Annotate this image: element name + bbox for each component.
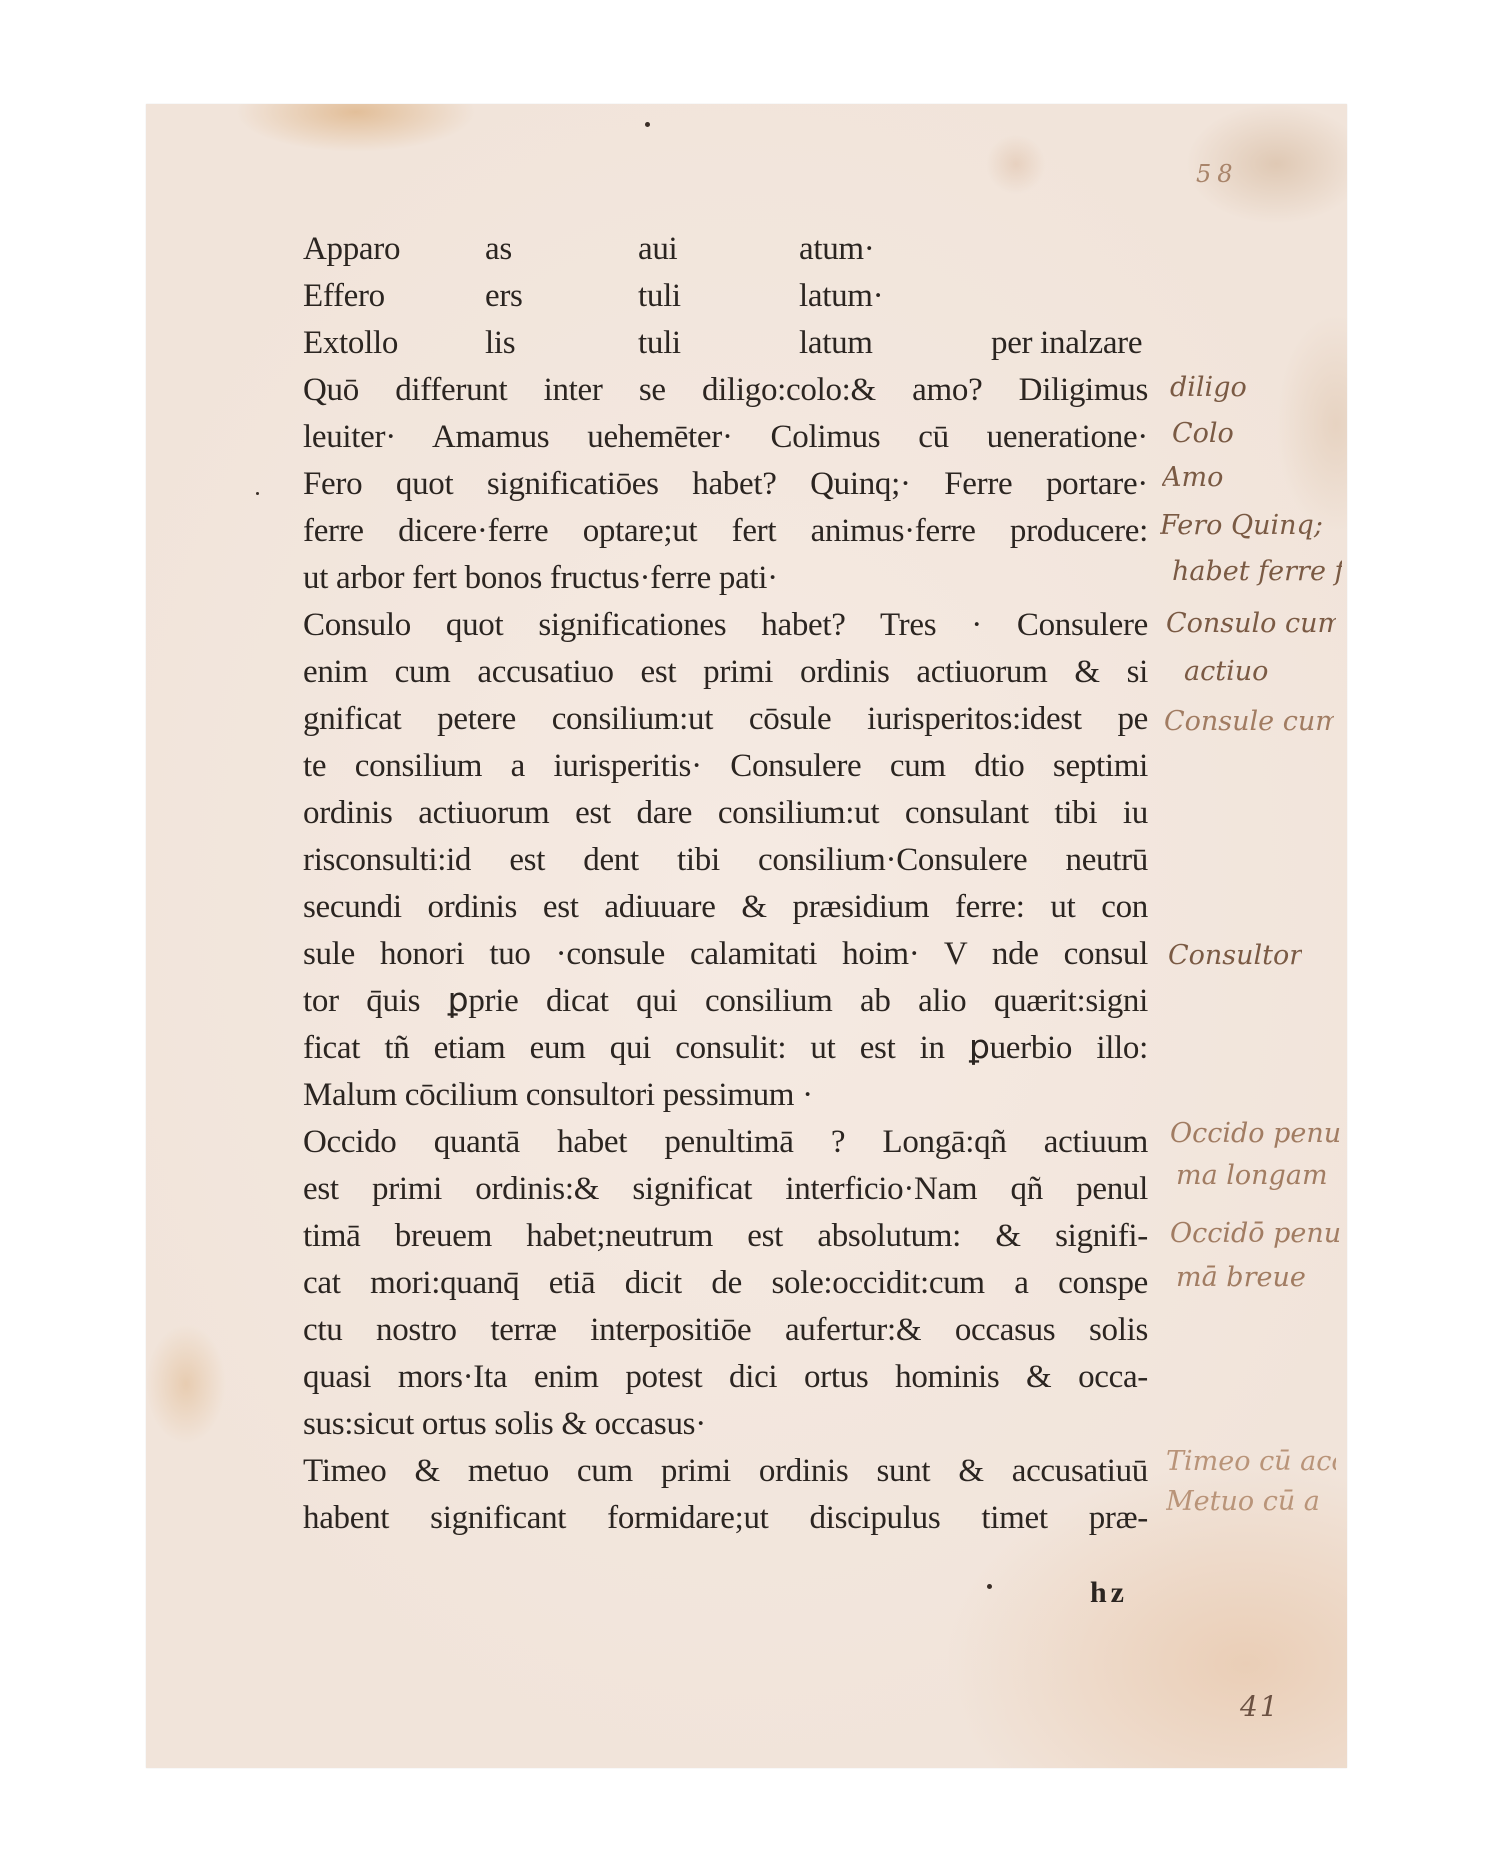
text-line: gnificat petere consilium:ut cōsule iuri… (303, 696, 1148, 743)
form-2: ers (485, 273, 523, 320)
text-line: enim cum accusatiuo est primi ordinis ac… (303, 649, 1148, 696)
marginal-note: habet ferre fi (1172, 556, 1342, 587)
lemma: Apparo (303, 226, 400, 273)
text-line: Fero quot significatiōes habet? Quinq;· … (303, 461, 1148, 508)
form-2: as (485, 226, 512, 273)
marginal-note: Occido penul (1170, 1118, 1340, 1149)
text-line: ordinis actiuorum est dare consilium:ut … (303, 790, 1148, 837)
conjugation-row: Apparo as aui atum· (303, 226, 1148, 273)
conjugation-row: Extollo lis tuli latum per inalzare (303, 320, 1148, 367)
text-line: ut arbor fert bonos fructus·ferre pati· (303, 555, 778, 602)
conjugation-row: Effero ers tuli latum· (303, 273, 1148, 320)
signature-mark: hz (1090, 1576, 1128, 1610)
text-line: quasi mors·Ita enim potest dici ortus ho… (303, 1354, 1148, 1401)
text-line: secundi ordinis est adiuuare & præsidium… (303, 884, 1148, 931)
marginal-note: Amo (1162, 462, 1223, 493)
text-line: sus:sicut ortus solis & occasus· (303, 1401, 706, 1448)
text-line: Quō differunt inter se diligo:colo:& amo… (303, 367, 1148, 414)
text-line: ctu nostro terræ interpositiōe aufertur:… (303, 1307, 1148, 1354)
marginal-note: diligo (1170, 372, 1247, 403)
form-3: aui (638, 226, 677, 273)
lemma: Extollo (303, 320, 398, 367)
form-4: latum· (799, 273, 883, 320)
form-4: latum (799, 320, 873, 367)
text-line: Consulo quot significationes habet? Tres… (303, 602, 1148, 649)
marginal-note: actiuo (1184, 656, 1268, 687)
text-line: timā breuem habet;neutrum est absolutum:… (303, 1213, 1148, 1260)
text-line: te consilium a iurisperitis· Consulere c… (303, 743, 1148, 790)
form-4: atum· (799, 226, 874, 273)
text-line: ficat tñ etiam eum qui consulit: ut est … (303, 1025, 1148, 1072)
form-2: lis (485, 320, 515, 367)
folio-number-top: 58 (1196, 160, 1239, 188)
folio-number-bottom: 41 (1240, 1690, 1280, 1723)
text-line: ferre dicere·ferre optare;ut fert animus… (303, 508, 1148, 555)
marginal-note: mā breue (1176, 1262, 1306, 1293)
lemma: Effero (303, 273, 385, 320)
text-line: risconsulti:id est dent tibi consilium·C… (303, 837, 1148, 884)
text-line: leuiter· Amamus uehemēter· Colimus cū ue… (303, 414, 1148, 461)
text-line: est primi ordinis:& significat interfici… (303, 1166, 1148, 1213)
marginal-note: Consultor (1168, 940, 1302, 971)
ink-speck (645, 122, 650, 127)
text-line: Occido quantā habet penultimā ? Longā:qñ… (303, 1119, 1148, 1166)
ink-speck (256, 492, 259, 495)
ink-speck (987, 1584, 992, 1589)
marginal-note: Fero Quinq; si (1160, 510, 1330, 541)
form-3: tuli (638, 320, 681, 367)
text-line: Malum cōcilium consultori pessimum · (303, 1072, 813, 1119)
form-3: tuli (638, 273, 681, 320)
text-line: Timeo & metuo cum primi ordinis sunt & a… (303, 1448, 1148, 1495)
text-line: habent significant formidare;ut discipul… (303, 1495, 1148, 1542)
gloss: per inalzare (991, 320, 1142, 367)
marginal-note: Colo (1172, 418, 1234, 449)
marginal-note: Timeo cū acc (1166, 1446, 1336, 1477)
text-line: cat mori:quanq̄ etiā dicit de sole:occid… (303, 1260, 1148, 1307)
marginal-note: Occidō penul (1170, 1218, 1340, 1249)
marginal-note: ma longam (1176, 1160, 1328, 1191)
marginal-note: Metuo cū a (1166, 1486, 1320, 1517)
marginal-note: Consulo cum a (1166, 608, 1336, 639)
text-line: tor q̄uis ꝑprie dicat qui consilium ab a… (303, 978, 1148, 1025)
marginal-note: Consule cum d (1164, 706, 1334, 737)
text-line: sule honori tuo ·consule calamitati hoim… (303, 931, 1148, 978)
